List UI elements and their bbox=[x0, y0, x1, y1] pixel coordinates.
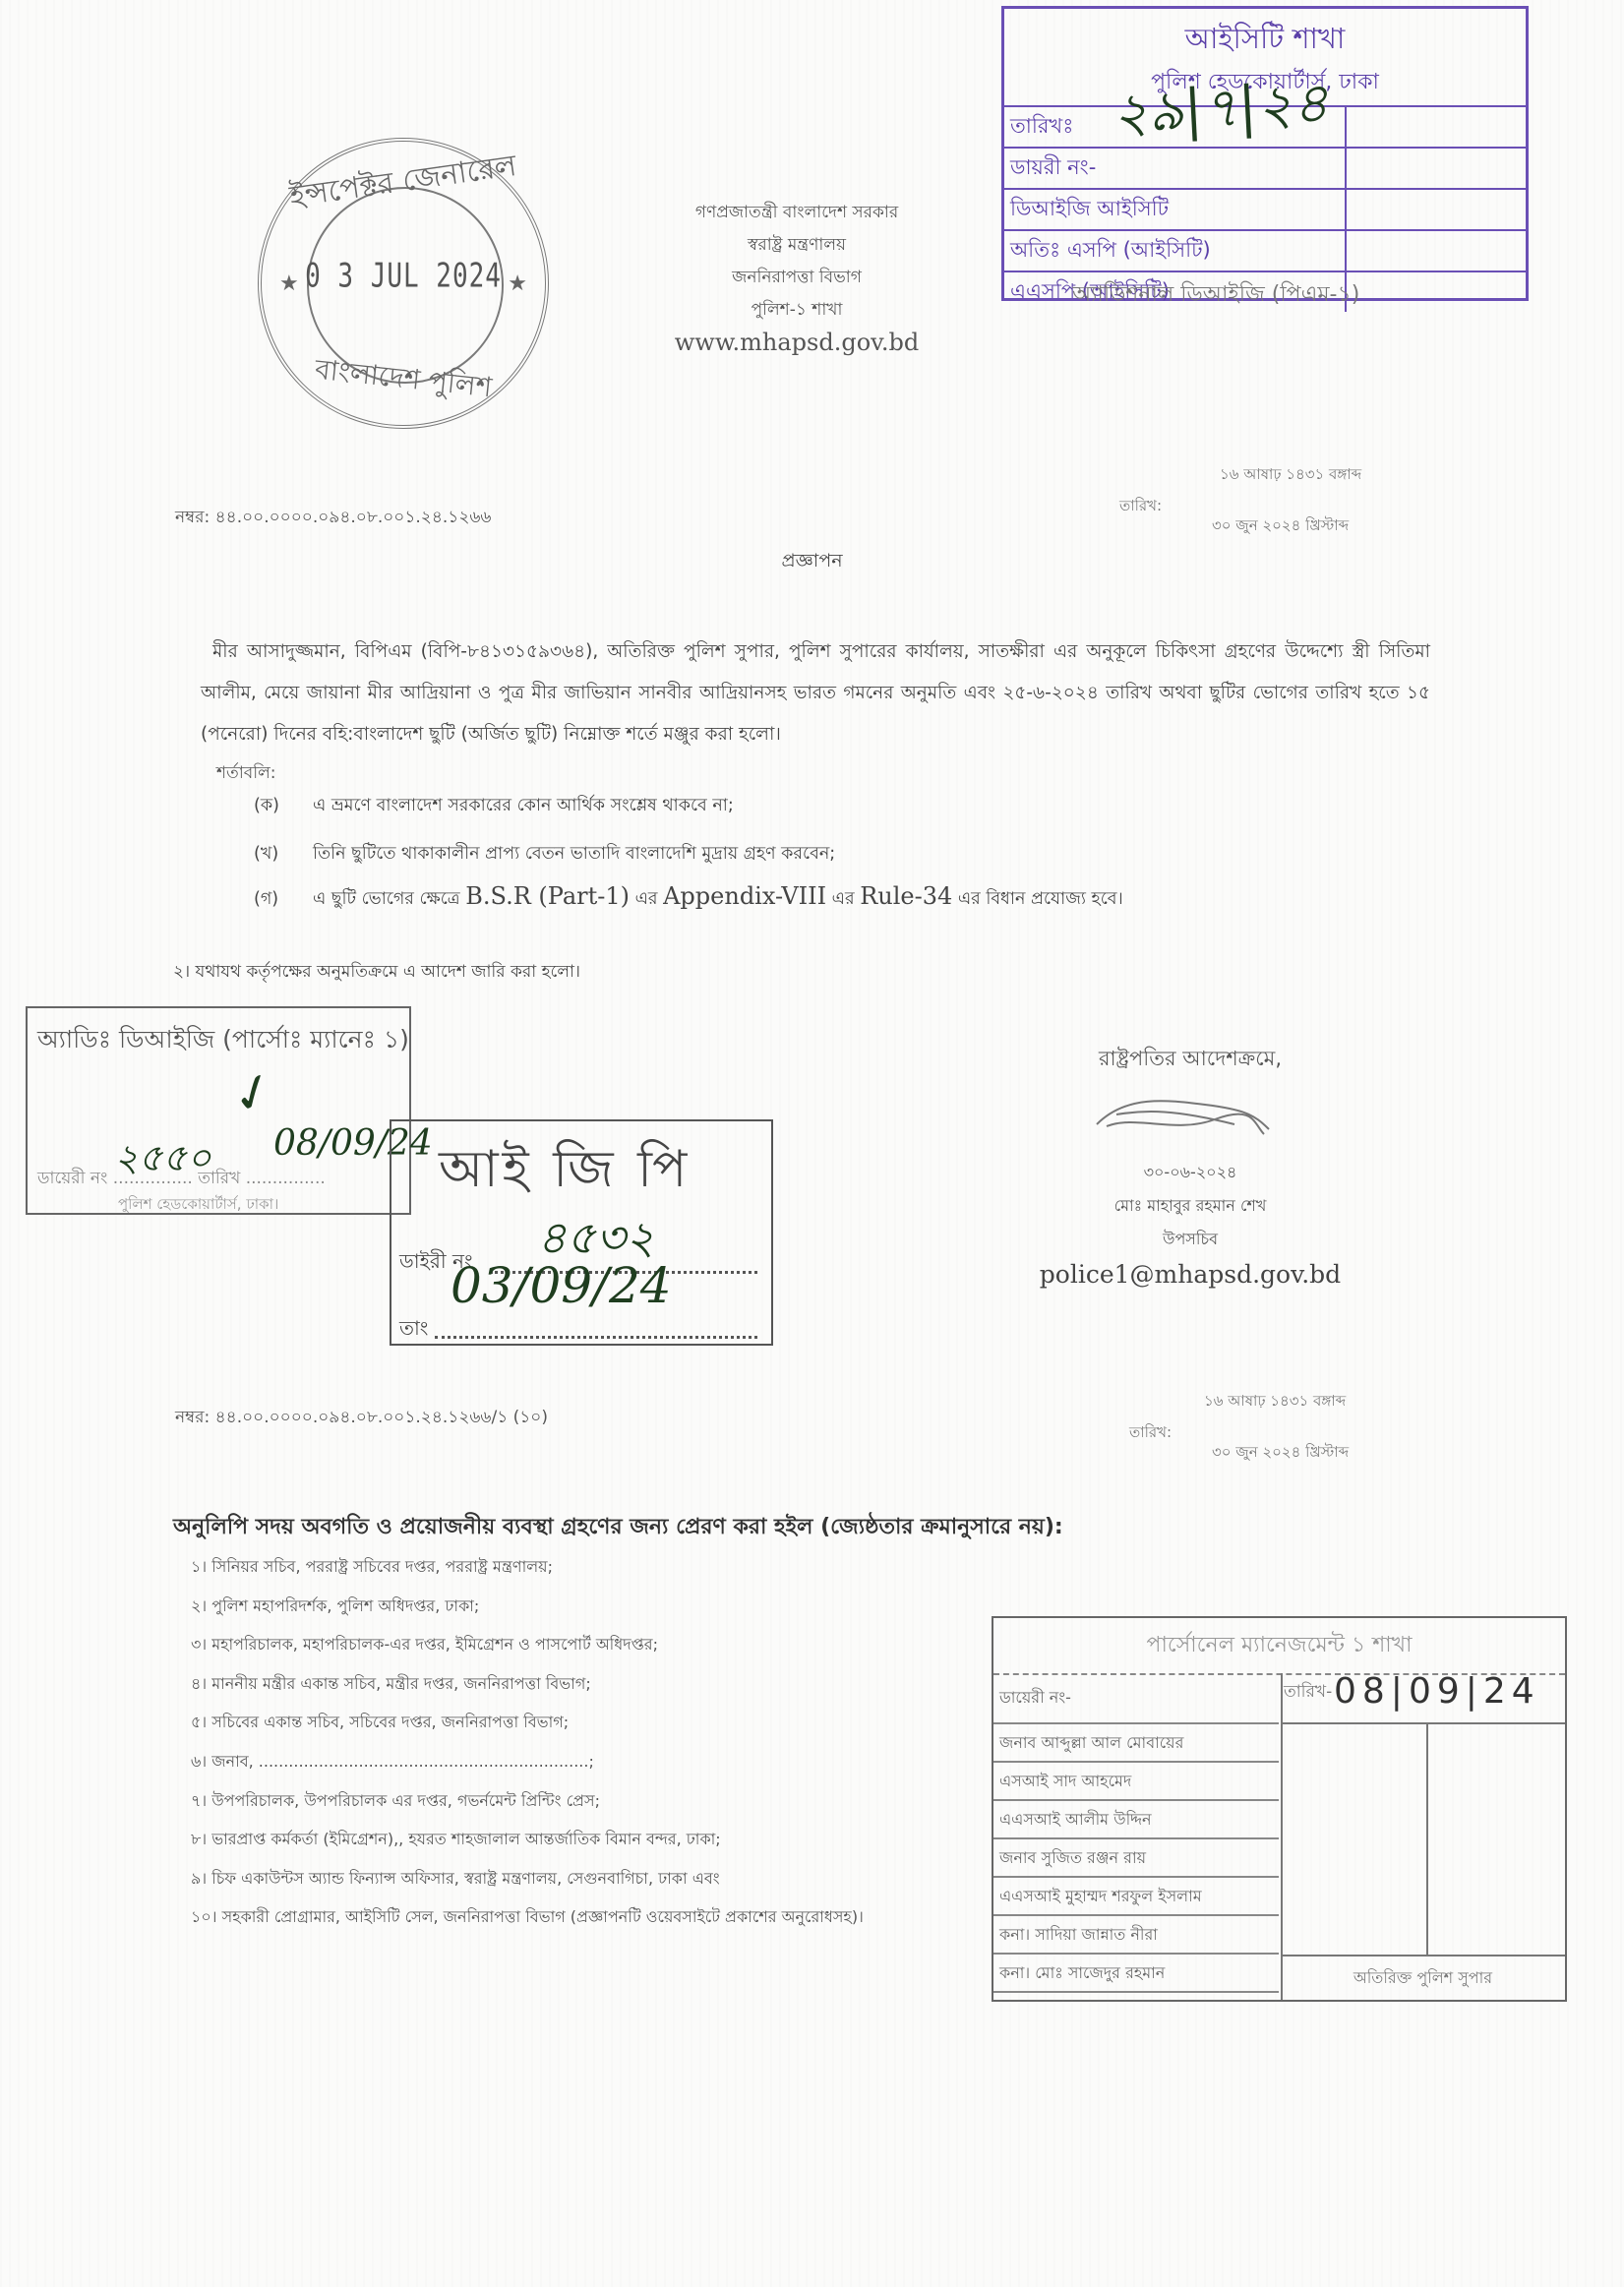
igp-stamp: আই জি পি ৪৫৩২ ডাইরী নং 03/09/24 তাং bbox=[390, 1119, 773, 1346]
list-item: ৪। মাননীয় মন্ত্রীর একান্ত সচিব, মন্ত্রী… bbox=[191, 1664, 864, 1704]
letterhead-division: জননিরাপত্তা বিভাগ bbox=[630, 262, 964, 294]
ict-branch-stamp: আইসিটি শাখা পুলিশ হেডকোয়ার্টার্স, ঢাকা … bbox=[1001, 6, 1529, 301]
signature-name: মোঃ মাহাবুর রহমান শেখ bbox=[984, 1189, 1397, 1223]
signature-designation: উপসচিব bbox=[984, 1223, 1397, 1256]
ict-handwritten-date: ২৯|৭|২৪ bbox=[1111, 60, 1331, 163]
pm-stamp-officers: ডায়েরী নং- জনাব আব্দুল্লা আল মোবায়ের এ… bbox=[993, 1673, 1279, 1993]
pm-stamp-footer: অতিরিক্ত পুলিশ সুপার bbox=[1281, 1955, 1565, 2000]
list-item: ১। সিনিয়র সচিব, পররাষ্ট্র সচিবের দপ্তর,… bbox=[191, 1547, 864, 1587]
list-item: ২। পুলিশ মহাপরিদর্শক, পুলিশ অধিদপ্তর, ঢা… bbox=[191, 1587, 864, 1626]
memo2-date: ১৬ আষাঢ় ১৪৩১ বঙ্গাব্দ তারিখ: ৩০ জুন ২০২… bbox=[1161, 1385, 1349, 1468]
pm-stamp-header: পার্সোনেল ম্যানেজমেন্ট ১ শাখা bbox=[993, 1618, 1565, 1675]
pm-officer-row: কনা। মোঃ সাজেদুর রহমান bbox=[993, 1955, 1279, 1993]
pm-date-label: তারিখ- bbox=[1284, 1679, 1332, 1707]
condition-item: (গ)এ ছুটি ভোগের ক্ষেত্রে B.S.R (Part-1) … bbox=[254, 882, 1123, 915]
list-item: ১০। সহকারী প্রোগ্রামার, আইসিটি সেল, জননি… bbox=[191, 1897, 864, 1937]
letterhead-branch: পুলিশ-১ শাখা bbox=[630, 294, 964, 327]
notification-body: মীর আসাদুজ্জমান, বিপিএম (বিপি-৮৪১৩১৫৯৩৬৪… bbox=[201, 632, 1430, 755]
divider bbox=[435, 1336, 757, 1339]
pm-diary-label: ডায়েরী নং- bbox=[993, 1673, 1279, 1724]
igp-date: 03/09/24 bbox=[451, 1257, 672, 1314]
star-icon: ★ bbox=[508, 271, 527, 296]
memo-number: নম্বর: ৪৪.০০.০০০০.০৯৪.০৮.০০১.২৪.১২৬৬ bbox=[175, 505, 491, 532]
ict-stamp-underlay-text: অ্যাডিশনাল ডিআইজি (পিএম-১) bbox=[1072, 277, 1359, 314]
list-item: ৩। মহাপরিচালক, মহাপরিচালক-এর দপ্তর, ইমিগ… bbox=[191, 1625, 864, 1664]
pm-hand-date: 08|09|24 bbox=[1334, 1671, 1540, 1712]
list-item: ৭। উপপরিচালক, উপপরিচালক এর দপ্তর, গভর্নম… bbox=[191, 1781, 864, 1821]
condition-item: (খ)তিনি ছুটিতে থাকাকালীন প্রাপ্য বেতন ভা… bbox=[254, 841, 835, 870]
divider bbox=[1281, 1722, 1565, 1724]
notification-title: প্রজ্ঞাপন bbox=[0, 547, 1624, 578]
memo-date: ১৬ আষাঢ় ১৪৩১ বঙ্গাব্দ তারিখ: ৩০ জুন ২০২… bbox=[1149, 458, 1361, 541]
checkmark-icon: ✓ bbox=[223, 1058, 283, 1128]
list-item: ৮। ভারপ্রাপ্ত কর্মকর্তা (ইমিগ্রেশন),, হয… bbox=[191, 1820, 864, 1859]
divider bbox=[1426, 1722, 1428, 1956]
pm-officer-row: কনা। সাদিয়া জান্নাত নীরা bbox=[993, 1916, 1279, 1955]
ig-date-seal: ইন্সপেক্টর জেনারেল 0 3 JUL 2024 ★ ★ বাংল… bbox=[258, 138, 549, 429]
ict-row-dig: ডিআইজি আইসিটি bbox=[1004, 189, 1346, 230]
addl-dig-diary-label: ডায়েরী নং ............... তারিখ .......… bbox=[37, 1166, 326, 1193]
signature-email[interactable]: police1@mhapsd.gov.bd bbox=[984, 1260, 1397, 1289]
paragraph-2: ২। যথাযথ কর্তৃপক্ষের অনুমতিক্রমে এ আদেশ … bbox=[173, 959, 580, 987]
igp-date-label: তাং bbox=[399, 1314, 428, 1347]
letterhead: গণপ্রজাতন্ত্রী বাংলাদেশ সরকার স্বরাষ্ট্র… bbox=[630, 197, 964, 359]
list-item: ৬। জনাব, ...............................… bbox=[191, 1742, 864, 1781]
letterhead-ministry: স্বরাষ্ট্র মন্ত্রণালয় bbox=[630, 229, 964, 262]
pm-officer-row: জনাব সুজিত রঞ্জন রায় bbox=[993, 1839, 1279, 1878]
seal-date: 0 3 JUL 2024 bbox=[262, 258, 545, 296]
list-item: ৯। চিফ একাউন্টস অ্যান্ড ফিন্যান্স অফিসার… bbox=[191, 1859, 864, 1898]
star-icon: ★ bbox=[279, 271, 299, 296]
addl-dig-stamp: অ্যাডিঃ ডিআইজি (পার্সোঃ ম্যানেঃ ১) ✓ ২৫৫… bbox=[26, 1006, 411, 1215]
pm-officer-row: জনাব আব্দুল্লা আল মোবায়ের bbox=[993, 1724, 1279, 1763]
pm-officer-row: এসআই সাদ আহমেদ bbox=[993, 1763, 1279, 1801]
addl-dig-title: অ্যাডিঃ ডিআইজি (পার্সোঃ ম্যানেঃ ১) bbox=[28, 1008, 409, 1062]
list-item: ৫। সচিবের একান্ত সচিব, সচিবের দপ্তর, জনন… bbox=[191, 1703, 864, 1742]
letterhead-website[interactable]: www.mhapsd.gov.bd bbox=[630, 327, 964, 359]
signature-block: রাষ্ট্রপতির আদেশক্রমে, ৩০-০৬-২০২৪ মোঃ মা… bbox=[984, 1043, 1397, 1289]
personnel-management-stamp: পার্সোনেল ম্যানেজমেন্ট ১ শাখা ডায়েরী নং… bbox=[992, 1616, 1567, 2002]
pm-officer-row: এএসআই আলীম উদ্দিন bbox=[993, 1801, 1279, 1839]
igp-title: আই জি পি bbox=[439, 1129, 691, 1215]
letterhead-government: গণপ্রজাতন্ত্রী বাংলাদেশ সরকার bbox=[630, 197, 964, 229]
signature-order: রাষ্ট্রপতির আদেশক্রমে, bbox=[984, 1043, 1397, 1077]
pm-officer-row: এএসআই মুহাম্মদ শরফুল ইসলাম bbox=[993, 1878, 1279, 1916]
ict-stamp-title: আইসিটি শাখা bbox=[1004, 17, 1526, 65]
conditions-label: শর্তাবলি: bbox=[216, 760, 275, 788]
condition-item: (ক)এ ভ্রমণে বাংলাদেশ সরকারের কোন আর্থিক … bbox=[254, 793, 734, 821]
ict-row-addl-sp: অতিঃ এসপি (আইসিটি) bbox=[1004, 230, 1346, 271]
addl-dig-hq: পুলিশ হেডকোয়ার্টার্স, ঢাকা। bbox=[118, 1193, 278, 1218]
signature-scribble-icon bbox=[984, 1077, 1397, 1156]
copy-recipients-list: ১। সিনিয়র সচিব, পররাষ্ট্র সচিবের দপ্তর,… bbox=[191, 1547, 864, 1937]
copy-note-title: অনুলিপি সদয় অবগতি ও প্রয়োজনীয় ব্যবস্থ… bbox=[173, 1510, 1063, 1546]
signature-date: ৩০-০৬-২০২৪ bbox=[984, 1156, 1397, 1189]
memo2-number: নম্বর: ৪৪.০০.০০০০.০৯৪.০৮.০০১.২৪.১২৬৬/১ (… bbox=[175, 1405, 548, 1432]
